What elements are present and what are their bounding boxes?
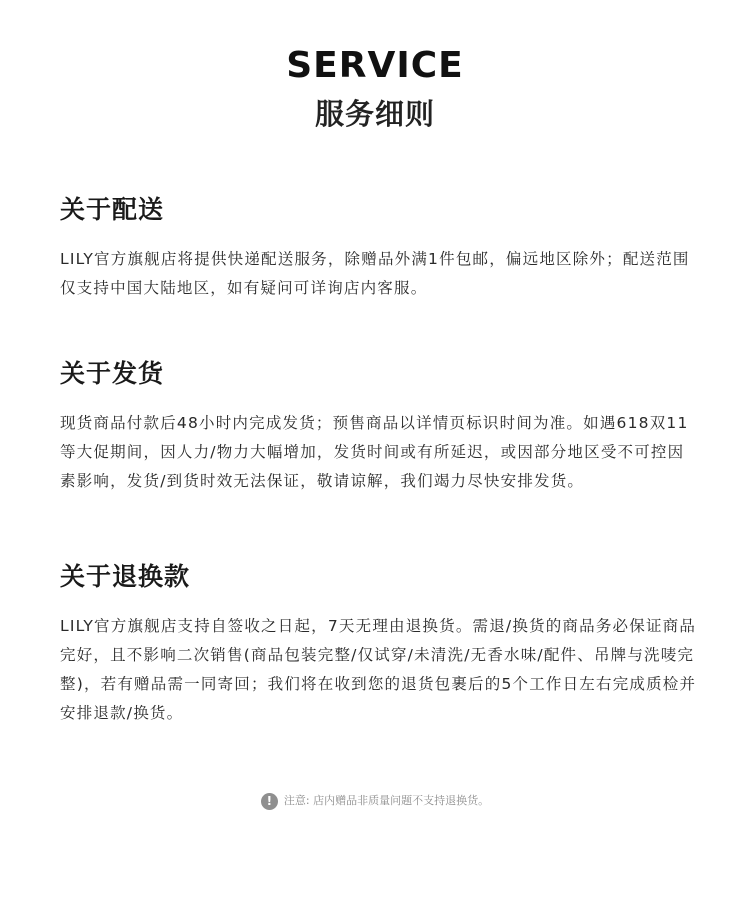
section-body: LILY官方旗舰店将提供快递配送服务，除赠品外满1件包邮，偏远地区除外；配送范围… <box>60 245 700 303</box>
section-title: 关于配送 <box>60 193 700 227</box>
exclamation-icon: ! <box>261 793 278 810</box>
notice-text: 注意: 店内赠品非质量问题不支持退换货。 <box>284 794 489 807</box>
page-title-cn: 服务细则 <box>0 94 750 134</box>
section-title: 关于发货 <box>60 357 700 391</box>
section-shipping: 关于发货 现货商品付款后48小时内完成发货；预售商品以详情页标识时间为准。如遇6… <box>60 357 700 496</box>
section-returns: 关于退换款 LILY官方旗舰店支持自签收之日起，7天无理由退换货。需退/换货的商… <box>60 560 700 728</box>
notice: !注意: 店内赠品非质量问题不支持退换货。 <box>0 792 750 810</box>
section-delivery: 关于配送 LILY官方旗舰店将提供快递配送服务，除赠品外满1件包邮，偏远地区除外… <box>60 193 700 303</box>
section-body: LILY官方旗舰店支持自签收之日起，7天无理由退换货。需退/换货的商品务必保证商… <box>60 612 700 728</box>
page-title-en: SERVICE <box>0 44 750 88</box>
section-title: 关于退换款 <box>60 560 700 594</box>
section-body: 现货商品付款后48小时内完成发货；预售商品以详情页标识时间为准。如遇618双11… <box>60 409 700 496</box>
